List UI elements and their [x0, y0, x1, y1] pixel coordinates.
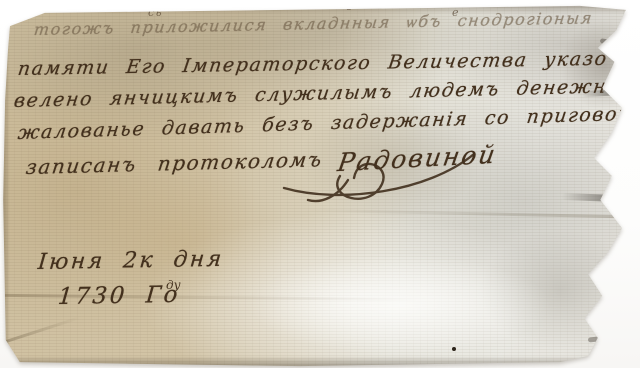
date-year: 1730 Го: [57, 282, 181, 310]
photo-background: тогожъ приложилися вкладнныя ѡбъ снодрог…: [0, 0, 640, 368]
date-line: Іюня 2к дня: [37, 247, 225, 275]
superscript-mark: е: [452, 6, 459, 19]
ink-speck: [3, 352, 13, 362]
paper-wrap: тогожъ приложилися вкладнныя ѡбъ снодрог…: [0, 0, 640, 368]
superscript-mark: б: [346, 0, 353, 13]
manuscript-paper: тогожъ приложилися вкладнныя ѡбъ снодрог…: [0, 0, 640, 368]
ink-spot: [590, 308, 603, 326]
tear-shadow: [596, 259, 630, 266]
superscript-mark: съ: [148, 6, 162, 19]
date-year-superscript: ду: [166, 278, 181, 292]
